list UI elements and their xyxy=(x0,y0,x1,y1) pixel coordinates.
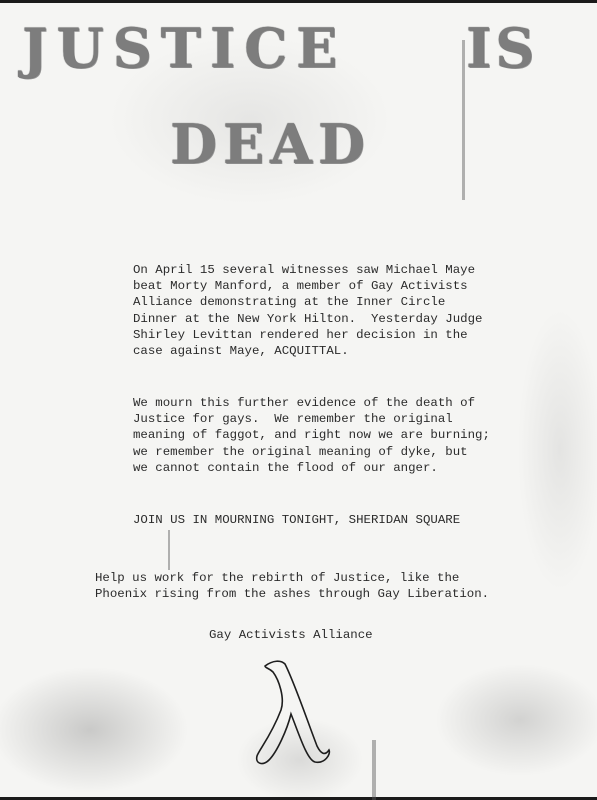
paragraph-mourning: We mourn this further evidence of the de… xyxy=(133,395,490,476)
organization-signature: Gay Activists Alliance xyxy=(209,628,373,642)
headline-justice: JUSTICE xyxy=(22,16,346,80)
paragraph-incident: On April 15 several witnesses saw Michae… xyxy=(133,262,482,359)
scan-streak xyxy=(372,740,376,800)
top-scan-border xyxy=(0,0,597,3)
call-to-action: JOIN US IN MOURNING TONIGHT, SHERIDAN SQ… xyxy=(133,512,460,528)
headline-is: IS xyxy=(466,16,538,80)
headline-dead: DEAD xyxy=(170,112,371,176)
scan-streak xyxy=(462,40,465,200)
flyer-page: JUSTICE IS DEAD On April 15 several witn… xyxy=(0,0,597,800)
paragraph-rebirth: Help us work for the rebirth of Justice,… xyxy=(95,570,489,602)
lambda-icon xyxy=(255,650,335,775)
scan-streak xyxy=(168,530,170,570)
